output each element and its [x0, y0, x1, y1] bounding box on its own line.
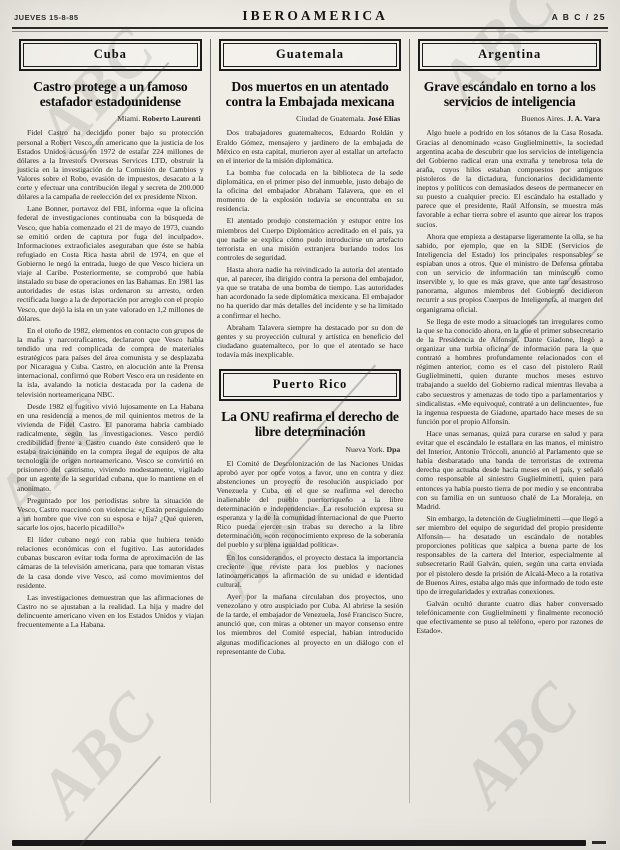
section-label-puerto-rico: Puerto Rico [219, 369, 402, 401]
article-paragraph: Hace unas semanas, quizá para curarse en… [416, 429, 603, 511]
article-paragraph: Lane Bonner, portavoz del FBI, informa «… [17, 204, 204, 322]
article-byline: Ciudad de Guatemala. José Elías [217, 114, 401, 123]
article-paragraph: Galván ocultó durante cuatro días haber … [416, 599, 603, 635]
section-label-cuba: Cuba [19, 39, 202, 71]
article-paragraph: Se llega de este modo a situaciones tan … [416, 317, 603, 426]
section-label-argentina: Argentina [418, 39, 601, 71]
section-label-text: Cuba [23, 43, 198, 67]
article-paragraph: Dos trabajadores guatemaltecos, Eduardo … [217, 128, 404, 164]
article-paragraph: Fidel Castro ha decidido poner bajo su p… [17, 128, 204, 201]
article-headline: Grave escándalo en torno a los servicios… [417, 79, 602, 109]
article-headline: La ONU reafirma el derecho de libre dete… [218, 409, 403, 439]
article-headline: Castro protege a un famoso estafador est… [18, 79, 203, 109]
article-paragraph: Abraham Talavera siempre ha destacado po… [217, 323, 404, 359]
article-paragraph: La bomba fue colocada en la biblioteca d… [217, 168, 404, 214]
article-byline: Nueva York. Dpa [217, 445, 401, 454]
page-date: JUEVES 15-8-85 [14, 13, 79, 22]
bottom-scan-mark [592, 841, 606, 844]
column-divider [409, 39, 410, 803]
section-title: IBEROAMERICA [242, 8, 388, 24]
column-cuba: Cuba Castro protege a un famoso estafado… [12, 37, 209, 809]
page-header: JUEVES 15-8-85 IBEROAMERICA A B C / 25 [0, 0, 620, 27]
page-number: A B C / 25 [552, 12, 606, 22]
byline-place: Ciudad de Guatemala. [296, 114, 366, 123]
byline-place: Miami. [117, 114, 140, 123]
article-paragraph: Las investigaciones demuestran que las a… [17, 593, 204, 629]
article-paragraph: Algo huele a podrido en los sótanos de l… [416, 128, 603, 228]
article-paragraph: Ahora que empieza a destaparse ligeramen… [416, 232, 603, 314]
section-label-text: Argentina [422, 43, 597, 67]
byline-place: Nueva York. [345, 445, 384, 454]
bottom-scan-bar [12, 840, 586, 846]
columns-container: Cuba Castro protege a un famoso estafado… [0, 32, 620, 809]
section-label-text: Puerto Rico [223, 373, 398, 397]
article-byline: Buenos Aires. J. A. Vara [416, 114, 600, 123]
article-paragraph: En el otoño de 1982, elementos en contac… [17, 326, 204, 399]
section-label-guatemala: Guatemala [219, 39, 402, 71]
article-paragraph: Ayer por la mañana circulaban dos proyec… [217, 592, 404, 656]
byline-place: Buenos Aires. [521, 114, 565, 123]
article-byline: Miami. Roberto Laurenti [17, 114, 201, 123]
article-paragraph: Preguntado por los periodistas sobre la … [17, 496, 204, 532]
article-paragraph: El Comité de Descolonización de las Naci… [217, 459, 404, 550]
column-argentina: Argentina Grave escándalo en torno a los… [411, 37, 608, 809]
byline-author: Dpa [386, 445, 400, 454]
section-label-text: Guatemala [223, 43, 398, 67]
column-divider [210, 39, 211, 803]
byline-author: José Elías [368, 114, 401, 123]
article-paragraph: El atentado produjo consternación y estu… [217, 216, 404, 262]
article-paragraph: En los considerandos, el proyecto destac… [217, 553, 404, 589]
byline-author: Roberto Laurenti [142, 114, 201, 123]
column-guatemala: Guatemala Dos muertos en un atentado con… [212, 37, 409, 809]
article-paragraph: Sin embargo, la detención de Guglielmine… [416, 514, 603, 596]
article-paragraph: Desde 1982 el fugitivo vivió lujosamente… [17, 402, 204, 493]
byline-author: J. A. Vara [567, 114, 600, 123]
newspaper-page: ABC ABC ABC ABC ABC ABC JUEVES 15-8-85 I… [0, 0, 620, 850]
article-paragraph: El líder cubano negó con rabia que hubie… [17, 535, 204, 590]
article-headline: Dos muertos en un atentado contra la Emb… [218, 79, 403, 109]
article-paragraph: Hasta ahora nadie ha reivindicado la aut… [217, 265, 404, 320]
